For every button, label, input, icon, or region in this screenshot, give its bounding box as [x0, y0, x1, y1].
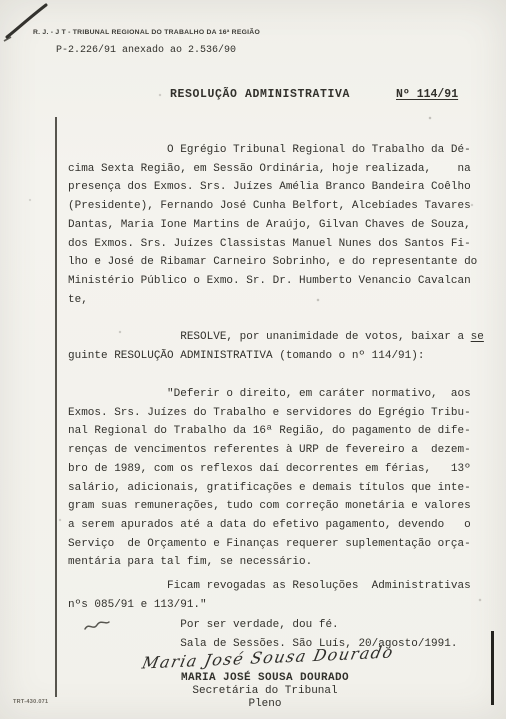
paragraph-preamble: O Egrégio Tribunal Regional do Trabalho … — [68, 141, 477, 309]
scanned-document-page: R. J. - J T - TRIBUNAL REGIONAL DO TRABA… — [0, 0, 506, 719]
pen-slash-mark — [0, 0, 60, 46]
document-number: Nº 114/91 — [396, 88, 458, 101]
document-title: RESOLUÇÃO ADMINISTRATIVA — [170, 88, 350, 101]
process-number-line: P-2.226/91 anexado ao 2.536/90 — [56, 44, 236, 58]
paragraph-resolution-quote: "Deferir o direito, em caráter normativo… — [68, 385, 471, 572]
right-edge-scan-line — [491, 631, 494, 705]
paragraph-resolve: RESOLVE, por unanimidade de votos, baixa… — [68, 328, 484, 365]
resolve-underlined-syllable: se — [471, 331, 484, 343]
tribunal-stamp-header: R. J. - J T - TRIBUNAL REGIONAL DO TRABA… — [33, 28, 260, 37]
left-margin-rule — [55, 117, 57, 697]
resolve-text: RESOLVE, por unanimidade de votos, baixa… — [68, 331, 471, 343]
signer-name: MARIA JOSÉ SOUSA DOURADO — [140, 672, 390, 685]
resolve-text-continued: guinte RESOLUÇÃO ADMINISTRATIVA (tomando… — [68, 350, 424, 362]
signature-block: MARIA JOSÉ SOUSA DOURADO Secretária do T… — [140, 672, 390, 710]
paragraph-revocation: Ficam revogadas as Resoluções Administra… — [68, 577, 471, 614]
form-number: TRT-430.071 — [13, 699, 48, 706]
signer-org: Pleno — [140, 698, 390, 711]
signer-role: Secretária do Tribunal — [140, 685, 390, 698]
